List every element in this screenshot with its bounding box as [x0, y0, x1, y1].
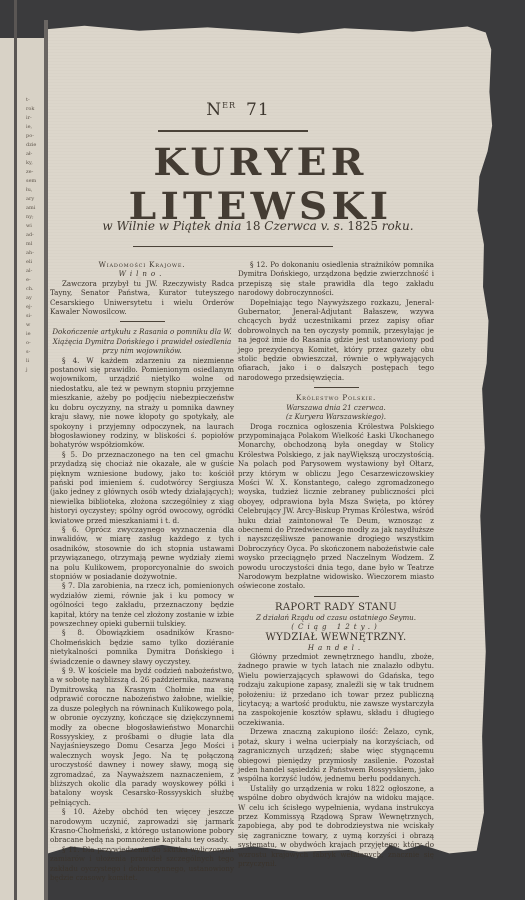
section-heading-domestic-news: Wiadomości Krajowe.	[50, 260, 234, 269]
paragraph-section-11: § 11. Dla przywiedzenia do skutku wylicz…	[50, 845, 234, 883]
paragraph-appeal: Dopełniając tego Naywyższego rozkazu, Je…	[238, 298, 434, 383]
paragraph-section-8: § 8. Obowiązkiem osadników Krasno-Chołme…	[50, 628, 234, 666]
issue-number-superscript: ER	[222, 101, 236, 110]
newspaper-content: NER71 KURYER LITEWSKI w Wilnie w Piątek …	[48, 24, 504, 872]
paragraph-anniversary: Droga rocznica ogłoszenia Królestwa Pols…	[238, 422, 434, 591]
paragraph-section-12: § 12. Po dokonaniu osiedlenia strażników…	[238, 260, 434, 298]
paragraph-section-5: § 5. Do przeznaczonego na ten cel gmachu…	[50, 450, 234, 525]
issue-dateline: w Wilnie w Piątek dnia 18 Czerwca v. s. …	[48, 219, 468, 233]
paragraph-section-9: § 9. W kościele ma bydź codzień nabożeńs…	[50, 666, 234, 807]
masthead-bottom-rule	[133, 246, 333, 247]
report-title: RAPORT RADY STANU	[238, 602, 434, 613]
masthead-top-rule	[158, 130, 308, 132]
divider	[120, 321, 165, 322]
newspaper-title: KURYER LITEWSKI	[35, 140, 486, 228]
report-continued: (Ciąg 12ty.)	[238, 622, 434, 631]
dateline-place-day: w Wilnie w Piątek dnia	[102, 219, 241, 233]
dateline-suffix: roku.	[382, 219, 414, 233]
right-column: § 12. Po dokonaniu osiedlenia strażników…	[238, 260, 434, 868]
paragraph-section-10: § 10. Ażeby obchód ten więcey jeszcze na…	[50, 807, 234, 845]
paragraph-trade-1: Główny przedmiot zewnętrznego handlu, zb…	[238, 652, 434, 727]
department-heading: WYDZIAŁ WEWNĘTRZNY.	[238, 632, 434, 643]
paragraph-trade-3: Ustaliły go urządzenia w roku 1822 ogłos…	[238, 784, 434, 869]
binding-fold	[14, 0, 17, 900]
issue-number-value: 71	[246, 100, 270, 120]
article-title-monument: Dokończenie artykułu z Rasania o pomniku…	[50, 327, 234, 355]
source-note: (z Kuryera Warszawskiego).	[238, 412, 434, 421]
previous-page-text-fragments: t- rok ir- ie, po- dzie ał- ky, ze- sem …	[26, 96, 44, 375]
dateline-wilno: Wilno.	[50, 269, 234, 278]
divider	[314, 596, 359, 597]
paragraph-arrival: Zawczora przybył tu JW. Rzeczywisty Radc…	[50, 279, 234, 317]
dateline-year: 1825	[347, 219, 378, 233]
dateline-month: Czerwca	[264, 219, 317, 233]
section-heading-kingdom-of-poland: Królestwo Polskie.	[238, 393, 434, 402]
paragraph-trade-2: Drzewa znaczną zakupiono ilość: Żelazo, …	[238, 727, 434, 783]
dateline-day-number: 18	[245, 219, 260, 233]
paragraph-section-4: § 4. W każdem zdarzeniu za niezmienne po…	[50, 356, 234, 450]
issue-number: NER71	[48, 100, 428, 120]
dateline-calendar-style: v. s.	[321, 219, 344, 233]
report-subtitle: Z działań Rządu od czasu ostatniego Seym…	[238, 613, 434, 622]
paragraph-section-6: § 6. Oprócz zwyczaynego wyznaczenia dla …	[50, 525, 234, 581]
paragraph-section-7: § 7. Dla zarobienia, na rzecz ich, pomie…	[50, 581, 234, 628]
dateline-warsaw: Warszawa dnia 21 czerwca.	[238, 403, 434, 412]
left-column: Wiadomości Krajowe. Wilno. Zawczora przy…	[50, 260, 234, 882]
subsection-heading-trade: Handel.	[238, 643, 434, 652]
divider	[314, 387, 359, 388]
issue-number-label: N	[206, 100, 222, 120]
